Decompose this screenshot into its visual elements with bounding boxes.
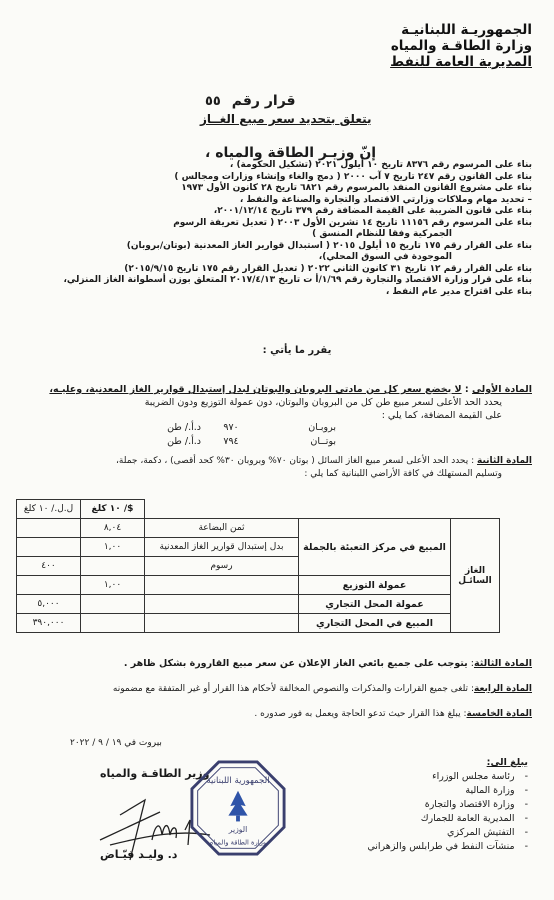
wholesale-stage-cell: المبيع في مركز التعبئة بالجملة <box>299 519 451 576</box>
article-4-label: المادة الرابعة <box>474 684 532 694</box>
article-4: المادة الرابعة: تلغى جميع القرارات والمذ… <box>113 683 532 696</box>
minister-name: د. وليـد فيّـاض <box>100 848 177 861</box>
decides-heading: يقرر ما يأتي : <box>0 345 554 356</box>
article-1-line2: يحدد الحد الأعلى لسعر مبيع طن كل من البر… <box>49 396 532 409</box>
table-row: عمولة المحل التجاري ٥,٠٠٠ <box>17 595 500 614</box>
basis-line: الجمركية وفقا للنظام المنسق ) <box>32 229 532 241</box>
stamp-bottom-text: وزارة الطاقة والمياه <box>210 838 266 846</box>
recipient-item: رئاسة مجلس الوزراء <box>367 770 528 784</box>
issue-date: بيروت في ١٩ / ٩ / ٢٠٢٢ <box>70 738 162 748</box>
header-lbp: ل.ل./ ١٠ كلغ <box>17 500 81 519</box>
article-2-line2: وتسليم المستهلك في كافة الأراضي اللبناني… <box>116 468 532 481</box>
letterhead-ministry: وزارة الطاقـة والمياه <box>390 38 532 54</box>
price-row-butane: بوتــان ٧٩٤ د.أ./ طن <box>167 435 336 449</box>
article-2-line1: يحدد الحد الأعلى لسعر مبيع الغاز السائل … <box>116 456 468 466</box>
table-row: المبيع في المحل التجاري ٣٩٠,٠٠٠ <box>17 614 500 633</box>
recipient-item: منشآت النفط في طرابلس والزهراني <box>367 840 528 854</box>
basis-line: بناء على قانون الضريبة على القيمة المضاف… <box>32 206 532 218</box>
article-3: المادة الثالثة: يتوجب على جميع بائعي الغ… <box>124 657 532 670</box>
letterhead: الجمهوريـة اللبنانيـة وزارة الطاقـة والم… <box>390 22 532 70</box>
letterhead-directorate: المديرية العامة للنفط <box>390 54 532 70</box>
article-2: المادة الثانية : يحدد الحد الأعلى لسعر م… <box>116 455 532 481</box>
product-cell: الغاز السائـل <box>451 519 500 633</box>
stamp-top-text: الجمهورية اللبنانية <box>206 776 269 786</box>
ton-prices: بروبـان ٩٧٠ د.أ./ طن بوتــان ٧٩٤ د.أ./ ط… <box>167 421 336 449</box>
decision-number: قرار رقم ٥٥ <box>205 93 296 109</box>
article-4-text: تلغى جميع القرارات والمذكرات والنصوص الم… <box>113 684 468 694</box>
recipients-heading: يبلغ الى: <box>367 756 528 770</box>
table-row: الغاز السائـل المبيع في مركز التعبئة بال… <box>17 519 500 538</box>
article-5: المادة الخامسة: يبلغ هذا القرار حيث تدعو… <box>254 708 532 721</box>
basis-line: بناء على مشروع القانون المنفذ بالمرسوم ر… <box>32 183 532 195</box>
basis-line: بناء على المرسوم رقم ٨٣٧٦ تاريخ ١٠ أيلول… <box>32 160 532 172</box>
recipient-item: المديرية العامة للجمارك <box>367 812 528 826</box>
article-3-text: يتوجب على جميع بائعي الغاز الإعلان عن سع… <box>124 658 468 669</box>
table-header-row: $/ ١٠ كلغ ل.ل./ ١٠ كلغ <box>17 500 500 519</box>
official-stamp-icon: الجمهورية اللبنانية الوزير وزارة الطاقة … <box>190 760 286 856</box>
preamble-basis-list: بناء على المرسوم رقم ٨٣٧٦ تاريخ ١٠ أيلول… <box>32 160 532 298</box>
recipients-list: يبلغ الى: رئاسة مجلس الوزراء وزارة المال… <box>367 756 528 854</box>
decision-number-value: ٥٥ <box>205 94 221 109</box>
price-row-propane: بروبـان ٩٧٠ د.أ./ طن <box>167 421 336 435</box>
table-row: عمولة التوزيع ١,٠٠ <box>17 576 500 595</box>
letterhead-republic: الجمهوريـة اللبنانيـة <box>390 22 532 38</box>
basis-line: بناء على قرار وزارة الاقتصاد والتجارة رق… <box>32 275 532 287</box>
article-1: المادة الأولى : لا يخضع سعر كل من مادتي … <box>49 383 532 422</box>
recipient-item: وزارة الاقتصاد والتجارة <box>367 798 528 812</box>
basis-line: بناء على القانون رقم ٢٤٧ تاريخ ٧ آب ٢٠٠٠… <box>32 172 532 184</box>
recipient-item: وزارة المالية <box>367 784 528 798</box>
gas-price-table: $/ ١٠ كلغ ل.ل./ ١٠ كلغ الغاز السائـل الم… <box>16 499 500 633</box>
basis-line: – تحديد مهام وملاكات وزارتي الاقتصاد وال… <box>32 195 532 207</box>
stamp-center-text: الوزير <box>228 825 248 834</box>
article-5-label: المادة الخامسة <box>467 709 532 719</box>
article-5-text: يبلغ هذا القرار حيث تدعو الحاجة ويعمل به… <box>254 709 460 719</box>
article-1-label: المادة الأولى <box>472 384 532 395</box>
decision-label: قرار رقم <box>232 93 296 109</box>
article-1-line1: لا يخضع سعر كل من مادتي البروبان والبوتا… <box>49 384 461 395</box>
article-2-label: المادة الثانية <box>477 456 532 466</box>
basis-line: بناء على اقتراح مدير عام النفط ، <box>32 287 532 299</box>
basis-line: بناء على القرار رقم ١٧٥ تاريخ ١٥ أيلول ٢… <box>32 241 532 253</box>
decision-subject: يتعلق بتحديد سعر مبيع الغــاز <box>200 112 372 126</box>
basis-line: الموجودة في السوق المحلي)، <box>32 252 532 264</box>
article-3-label: المادة الثالثة <box>474 658 532 669</box>
preamble-title: إنّ وزيـر الطاقة والمياه ، <box>205 145 376 161</box>
basis-line: بناء على القرار رقم ١٢ تاريخ ٣١ كانون ال… <box>32 264 532 276</box>
recipient-item: التفتيش المركزي <box>367 826 528 840</box>
header-usd: $/ ١٠ كلغ <box>81 500 145 519</box>
basis-line: بناء على المرسوم رقم ١١١٥٦ تاريخ ١٤ تشري… <box>32 218 532 230</box>
